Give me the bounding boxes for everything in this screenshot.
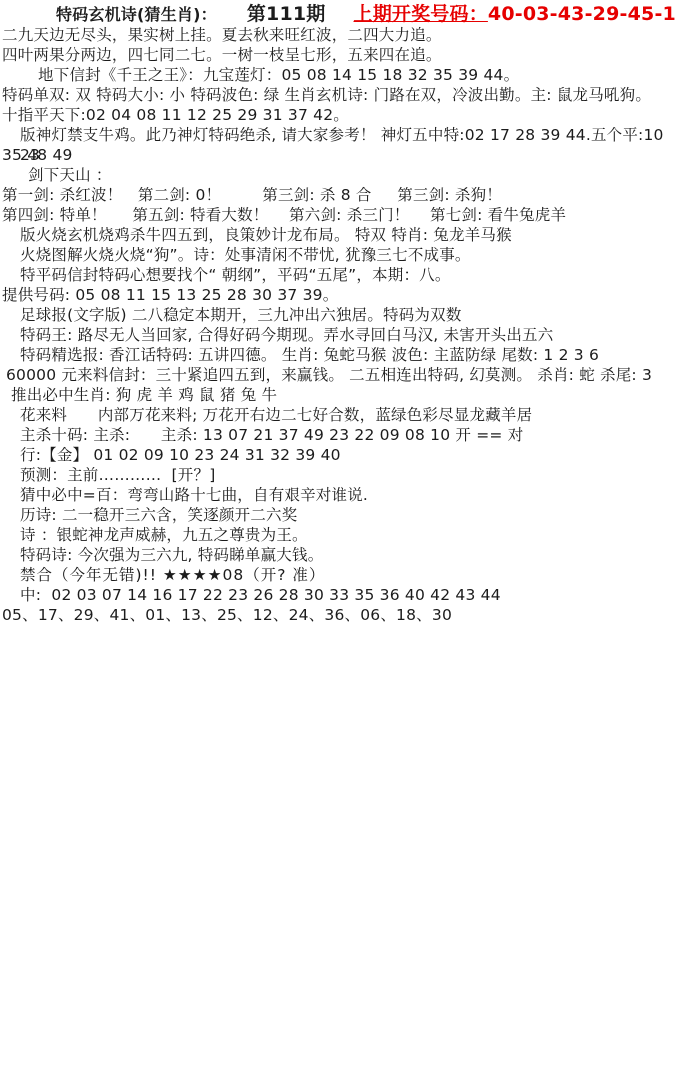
hit-numbers-line: 中: 02 03 07 14 16 17 22 23 26 28 30 33 3… <box>0 585 675 605</box>
selected-report-line: 特码精选报: 香江话特码: 五讲四德。 生肖: 兔蛇马猴 波色: 主蓝防绿 尾数… <box>0 345 675 365</box>
snake-dragon-poem-line: 诗 ：银蛇神龙声威赫，九五之尊贵为王。 <box>0 525 675 545</box>
issue-number: 第111期 <box>247 3 326 25</box>
forbidden-combo-line: 禁合（今年无错)!! ★★★★08（开? 准） <box>0 565 675 585</box>
magic-lamp-line: 版神灯禁支牛鸡。此乃神灯特码绝杀, 请大家参考！ 神灯五中特:02 17 28 … <box>0 125 675 145</box>
page-title: 特码玄机诗(猜生肖)： <box>56 4 217 26</box>
envelope-60000-line: 60000 元来料信封：三十紧追四五到，来赢钱。 二五相连出特码, 幻莫测。 杀… <box>0 365 675 385</box>
mystery-poem-line-1: 二九天边无尽头，果实树上挂。夏去秋来旺红波，二四大力追。 <box>0 25 675 45</box>
gold-row-numbers-line: 行:【金】 01 02 09 10 23 24 31 32 39 40 <box>0 445 675 465</box>
fire-diagram-line: 火烧图解火烧火烧“狗”。诗：处事清闲不带忧, 犹豫三七不成事。 <box>0 245 675 265</box>
sword-section-title: 剑下天山 ： <box>0 165 675 185</box>
last-draw-result: 上期开奖号码：40-03-43-29-45-19+30 <box>354 3 675 25</box>
special-code-king-line: 特码王: 路尽无人当回家, 合得好码今期现。弄水寻回白马汉, 未害开头出五六 <box>0 325 675 345</box>
special-flat-code-line: 特平码信封特码心想要找个“ 朝纲”，平码“五尾”，本期：八。 <box>0 265 675 285</box>
lottery-tip-sheet: 特码玄机诗(猜生肖)： 第111期 上期开奖号码：40-03-43-29-45-… <box>0 0 675 625</box>
magic-lamp-numbers-wrap: 35 48 49 <box>0 145 675 165</box>
fire-mystery-line: 版火烧玄机烧鸡杀牛四五到，良策妙计龙布局。 特双 特肖: 兔龙羊马猴 <box>0 225 675 245</box>
ten-fingers-numbers-line: 十指平天下:02 04 08 11 12 25 29 31 37 42。 <box>0 105 675 125</box>
prediction-line: 预测：主前………… [开？] <box>0 465 675 485</box>
header-line: 特码玄机诗(猜生肖)： 第111期 上期开奖号码：40-03-43-29-45-… <box>0 3 675 25</box>
underground-envelope-line: 地下信封《千王之王》：九宝莲灯：05 08 14 15 18 32 35 39 … <box>0 65 675 85</box>
last-draw-numbers: 40-03-43-29-45-19+30 <box>488 3 675 25</box>
last-draw-label: 上期开奖号码： <box>354 3 488 25</box>
must-hit-zodiac-line: 推出必中生肖: 狗 虎 羊 鸡 鼠 猪 兔 牛 <box>0 385 675 405</box>
football-report-line: 足球报(文字版) 二八稳定本期开，三九冲出六独居。特码为双数 <box>0 305 675 325</box>
sword-row-1: 第一剑: 杀红波！ 第二剑: 0！ 第三剑: 杀 8 合 第三剑: 杀狗！ <box>0 185 675 205</box>
flower-material-line: 花来料 内部万花来料; 万花开右边二七好合数，蓝绿色彩尽显龙藏羊居 <box>0 405 675 425</box>
sword-row-2: 第四剑: 特单！ 第五剑: 特看大数！ 第六剑: 杀三门！ 第七剑: 看牛兔虎羊 <box>0 205 675 225</box>
special-code-poem-line: 特码诗: 今次强为三六九, 特码睇单赢大钱。 <box>0 545 675 565</box>
mystery-poem-line-2: 四叶两果分两边，四七同二七。一树一枝呈七形，五来四在追。 <box>0 45 675 65</box>
provided-numbers-line: 提供号码: 05 08 11 15 13 25 28 30 37 39。 <box>0 285 675 305</box>
odd-even-size-wave-line: 特码单双: 双 特码大小: 小 特码波色: 绿 生肖玄机诗: 门路在双，冷波出勤… <box>0 85 675 105</box>
calendar-poem-line: 历诗: 二一稳开三六含，笑逐颜开二六奖 <box>0 505 675 525</box>
bottom-numbers-line: 05、17、29、41、01、13、25、12、24、36、06、18、30 <box>0 605 675 625</box>
guess-hit-poem-line: 猜中必中=百：弯弯山路十七曲，自有艰辛对谁说. <box>0 485 675 505</box>
main-kill-ten-codes-line: 主杀十码: 主杀: 主杀: 13 07 21 37 49 23 22 09 08… <box>0 425 675 445</box>
